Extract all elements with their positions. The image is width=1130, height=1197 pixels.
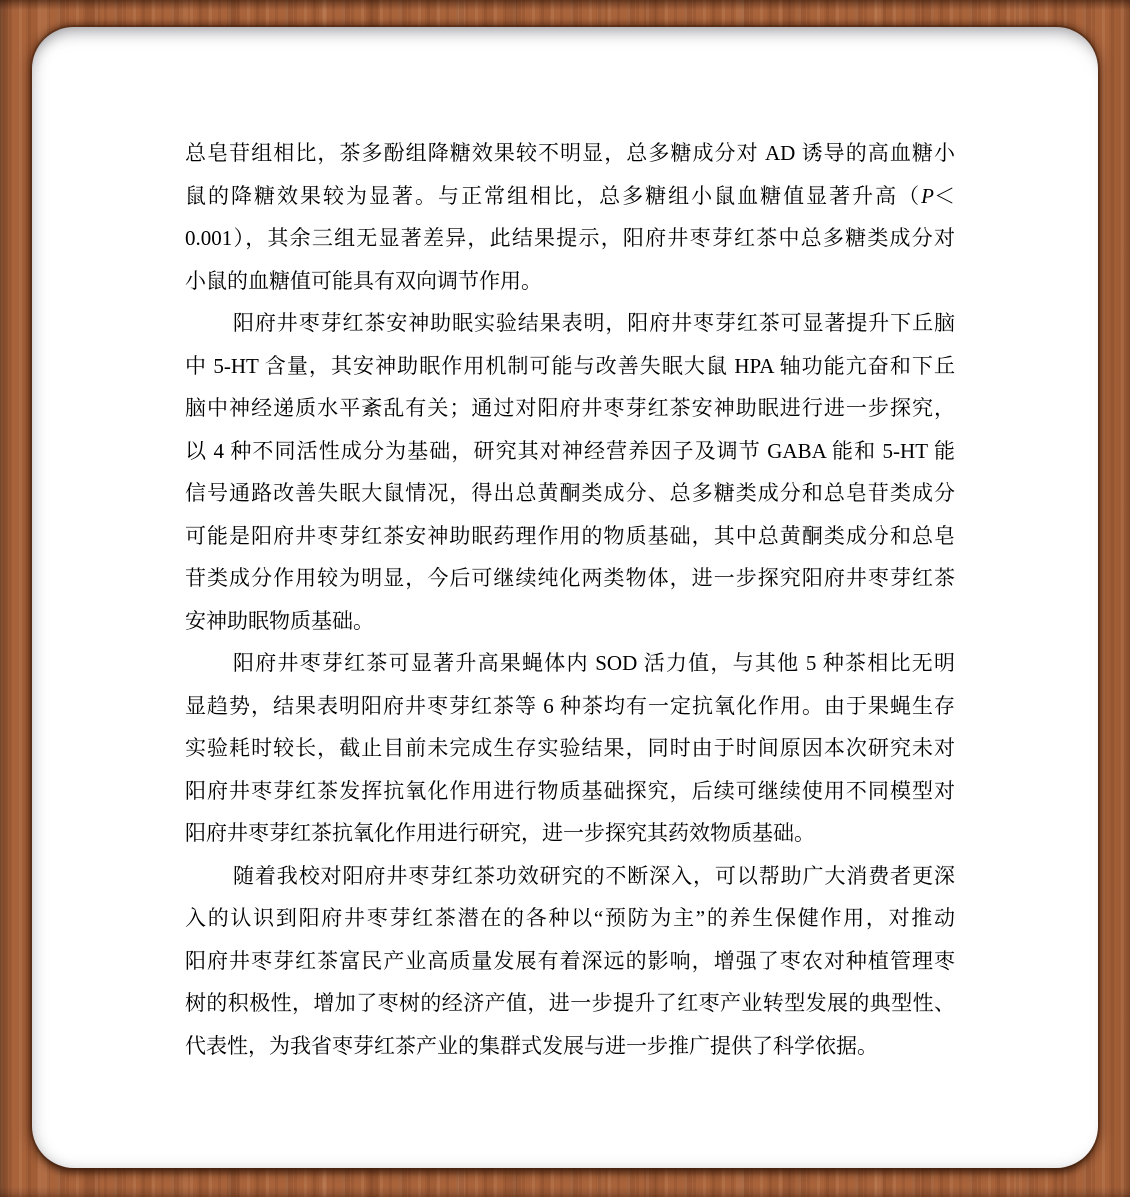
text-line: 信号通路改善失眠大鼠情况，得出总黄酮类成分、总多糖类成分和总皂苷类成分 xyxy=(185,472,955,515)
page-text: 总皂苷组相比，茶多酚组降糖效果较不明显，总多糖成分对 AD 诱导的高血糖小鼠的降… xyxy=(185,132,955,1067)
text-line: 苷类成分作用较为明显，今后可继续纯化两类物体，进一步探究阳府井枣芽红茶 xyxy=(185,557,955,600)
paragraph: 总皂苷组相比，茶多酚组降糖效果较不明显，总多糖成分对 AD 诱导的高血糖小鼠的降… xyxy=(185,132,955,302)
text-line: 阳府井枣芽红茶发挥抗氧化作用进行物质基础探究，后续可继续使用不同模型对 xyxy=(185,770,955,813)
text-line: 阳府井枣芽红茶富民产业高质量发展有着深远的影响，增强了枣农对种植管理枣 xyxy=(185,940,955,983)
paragraph: 随着我校对阳府井枣芽红茶功效研究的不断深入，可以帮助广大消费者更深入的认识到阳府… xyxy=(185,855,955,1068)
text-line: 以 4 种不同活性成分为基础，研究其对神经营养因子及调节 GABA 能和 5-H… xyxy=(185,430,955,473)
text-line: 显趋势，结果表明阳府井枣芽红茶等 6 种茶均有一定抗氧化作用。由于果蝇生存 xyxy=(185,685,955,728)
text-line: 树的积极性，增加了枣树的经济产值，进一步提升了红枣产业转型发展的典型性、 xyxy=(185,982,955,1025)
text-line: 小鼠的血糖值可能具有双向调节作用。 xyxy=(185,260,955,303)
paragraph: 阳府井枣芽红茶安神助眠实验结果表明，阳府井枣芽红茶可显著提升下丘脑中 5-HT … xyxy=(185,302,955,642)
text-line: 鼠的降糖效果较为显著。与正常组相比，总多糖组小鼠血糖值显著升高（P＜ xyxy=(185,175,955,218)
screenshot-root: { "theme": { "frame_wood_base": "#a8633b… xyxy=(0,0,1130,1197)
wood-frame: 总皂苷组相比，茶多酚组降糖效果较不明显，总多糖成分对 AD 诱导的高血糖小鼠的降… xyxy=(0,0,1130,1197)
text-line: 入的认识到阳府井枣芽红茶潜在的各种以“预防为主”的养生保健作用，对推动 xyxy=(185,897,955,940)
text-line: 代表性，为我省枣芽红茶产业的集群式发展与进一步推广提供了科学依据。 xyxy=(185,1025,955,1068)
text-line: 总皂苷组相比，茶多酚组降糖效果较不明显，总多糖成分对 AD 诱导的高血糖小 xyxy=(185,132,955,175)
text-line: 中 5-HT 含量，其安神助眠作用机制可能与改善失眠大鼠 HPA 轴功能亢奋和下… xyxy=(185,345,955,388)
paragraph: 阳府井枣芽红茶可显著升高果蝇体内 SOD 活力值，与其他 5 种茶相比无明显趋势… xyxy=(185,642,955,855)
text-line: 0.001），其余三组无显著差异，此结果提示，阳府井枣芽红茶中总多糖类成分对 xyxy=(185,217,955,260)
text-line: 阳府井枣芽红茶安神助眠实验结果表明，阳府井枣芽红茶可显著提升下丘脑 xyxy=(185,302,955,345)
text-line: 安神助眠物质基础。 xyxy=(185,600,955,643)
text-line: 实验耗时较长，截止目前未完成生存实验结果，同时由于时间原因本次研究未对 xyxy=(185,727,955,770)
text-line: 可能是阳府井枣芽红茶安神助眠药理作用的物质基础，其中总黄酮类成分和总皂 xyxy=(185,515,955,558)
document-page: 总皂苷组相比，茶多酚组降糖效果较不明显，总多糖成分对 AD 诱导的高血糖小鼠的降… xyxy=(32,27,1098,1168)
text-line: 脑中神经递质水平紊乱有关；通过对阳府井枣芽红茶安神助眠进行进一步探究， xyxy=(185,387,955,430)
text-line: 随着我校对阳府井枣芽红茶功效研究的不断深入，可以帮助广大消费者更深 xyxy=(185,855,955,898)
text-line: 阳府井枣芽红茶可显著升高果蝇体内 SOD 活力值，与其他 5 种茶相比无明 xyxy=(185,642,955,685)
text-line: 阳府井枣芽红茶抗氧化作用进行研究，进一步探究其药效物质基础。 xyxy=(185,812,955,855)
